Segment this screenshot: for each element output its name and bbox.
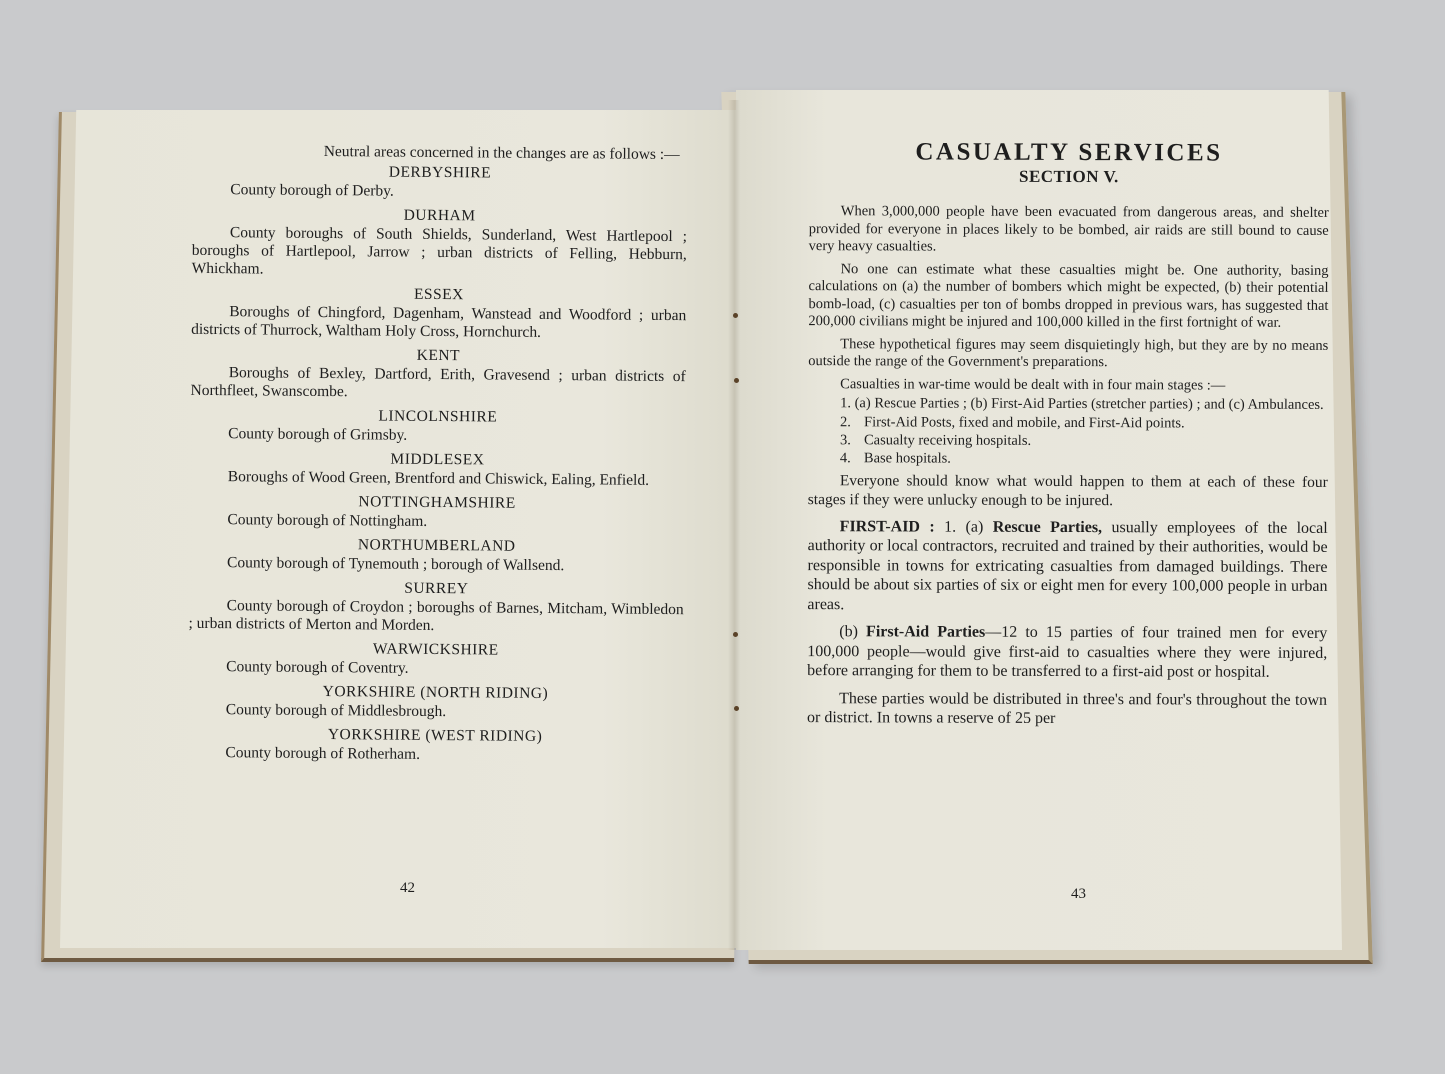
stage-list-item: 3.Casualty receiving hospitals. [808, 431, 1328, 451]
county-entry: KENT Boroughs of Bexley, Dartford, Erith… [190, 345, 685, 404]
county-text: Boroughs of Bexley, Dartford, Erith, Gra… [190, 364, 685, 404]
county-text: County borough of Coventry. [188, 658, 683, 680]
county-text: County borough of Rotherham. [187, 744, 682, 766]
first-aid-parties-paragraph: (b) First-Aid Parties—12 to 15 parties o… [807, 622, 1327, 682]
county-text: Boroughs of Chingford, Dagenham, Wanstea… [191, 303, 686, 343]
county-entry: SURREY County borough of Croydon ; borou… [188, 578, 683, 637]
stage-text: Base hospitals. [864, 450, 951, 466]
stage-number: 4. [840, 449, 864, 467]
first-aid-parties-prefix: (b) [839, 623, 866, 640]
paragraph: When 3,000,000 people have been evacuate… [809, 203, 1329, 257]
stage-number: 2. [840, 413, 864, 431]
stage-list-item: 1. (a) Rescue Parties ; (b) First-Aid Pa… [808, 395, 1328, 414]
county-entry: NOTTINGHAMSHIRE County borough of Nottin… [189, 492, 684, 533]
first-aid-prefix: 1. (a) [935, 518, 993, 535]
county-text: County borough of Middlesbrough. [188, 701, 683, 723]
open-booklet: Neutral areas concerned in the changes a… [0, 0, 1445, 1074]
paragraph: No one can estimate what these casualtie… [808, 261, 1328, 333]
first-aid-label: FIRST-AID : [840, 518, 935, 535]
county-entry: YORKSHIRE (WEST RIDING) County borough o… [187, 725, 682, 766]
county-text: County boroughs of South Shields, Sunder… [192, 224, 687, 282]
county-entry: WARWICKSHIRE County borough of Coventry. [188, 639, 683, 680]
stage-number: 3. [840, 431, 864, 449]
county-entry: LINCOLNSHIRE County borough of Grimsby. [190, 406, 685, 447]
county-entry: DERBYSHIRE County borough of Derby. [192, 162, 687, 203]
county-text: Boroughs of Wood Green, Brentford and Ch… [190, 468, 685, 490]
stage-text: (a) Rescue Parties ; (b) First-Aid Parti… [855, 395, 1324, 413]
paragraph: Everyone should know what would happen t… [808, 471, 1328, 511]
county-text: County borough of Tynemouth ; borough of… [189, 554, 684, 576]
stage-number: 1. [840, 395, 851, 411]
rescue-parties-term: Rescue Parties, [993, 518, 1102, 535]
county-entry: NORTHUMBERLAND County borough of Tynemou… [189, 535, 684, 576]
county-text: County borough of Grimsby. [190, 425, 685, 447]
binding-staple-icon [734, 706, 739, 711]
county-text: County borough of Derby. [192, 181, 687, 203]
stage-list-item: 4.Base hospitals. [808, 449, 1328, 469]
distribution-paragraph: These parties would be distributed in th… [807, 689, 1327, 730]
page-number-left: 42 [400, 880, 415, 897]
county-entry: ESSEX Boroughs of Chingford, Dagenham, W… [191, 284, 686, 343]
book-gutter [728, 100, 740, 950]
left-page-content: Neutral areas concerned in the changes a… [187, 142, 687, 772]
county-entry: DURHAM County boroughs of South Shields,… [192, 205, 688, 282]
binding-staple-icon [733, 313, 738, 318]
binding-staple-icon [733, 632, 738, 637]
first-aid-paragraph: FIRST-AID : 1. (a) Rescue Parties, usual… [807, 517, 1327, 616]
binding-staple-icon [734, 378, 739, 383]
paragraph: Casualties in war-time would be dealt wi… [808, 376, 1328, 395]
county-entry: YORKSHIRE (NORTH RIDING) County borough … [188, 682, 683, 723]
stage-text: Casualty receiving hospitals. [864, 432, 1031, 449]
page-number-right: 43 [1071, 886, 1086, 903]
county-text: County borough of Nottingham. [189, 511, 684, 533]
section-heading: SECTION V. [809, 167, 1329, 187]
intro-text: Neutral areas concerned in the changes a… [193, 142, 688, 164]
right-page-content: CASUALTY SERVICES SECTION V. When 3,000,… [807, 139, 1329, 735]
county-text: County borough of Croydon ; boroughs of … [188, 597, 683, 637]
chapter-title: CASUALTY SERVICES [809, 143, 1329, 163]
stage-list-item: 2.First-Aid Posts, fixed and mobile, and… [808, 413, 1328, 433]
stage-text: First-Aid Posts, fixed and mobile, and F… [864, 414, 1185, 431]
paragraph: These hypothetical figures may seem disq… [808, 336, 1328, 373]
first-aid-parties-term: First-Aid Parties [866, 623, 985, 640]
county-entry: MIDDLESEX Boroughs of Wood Green, Brentf… [190, 449, 685, 490]
